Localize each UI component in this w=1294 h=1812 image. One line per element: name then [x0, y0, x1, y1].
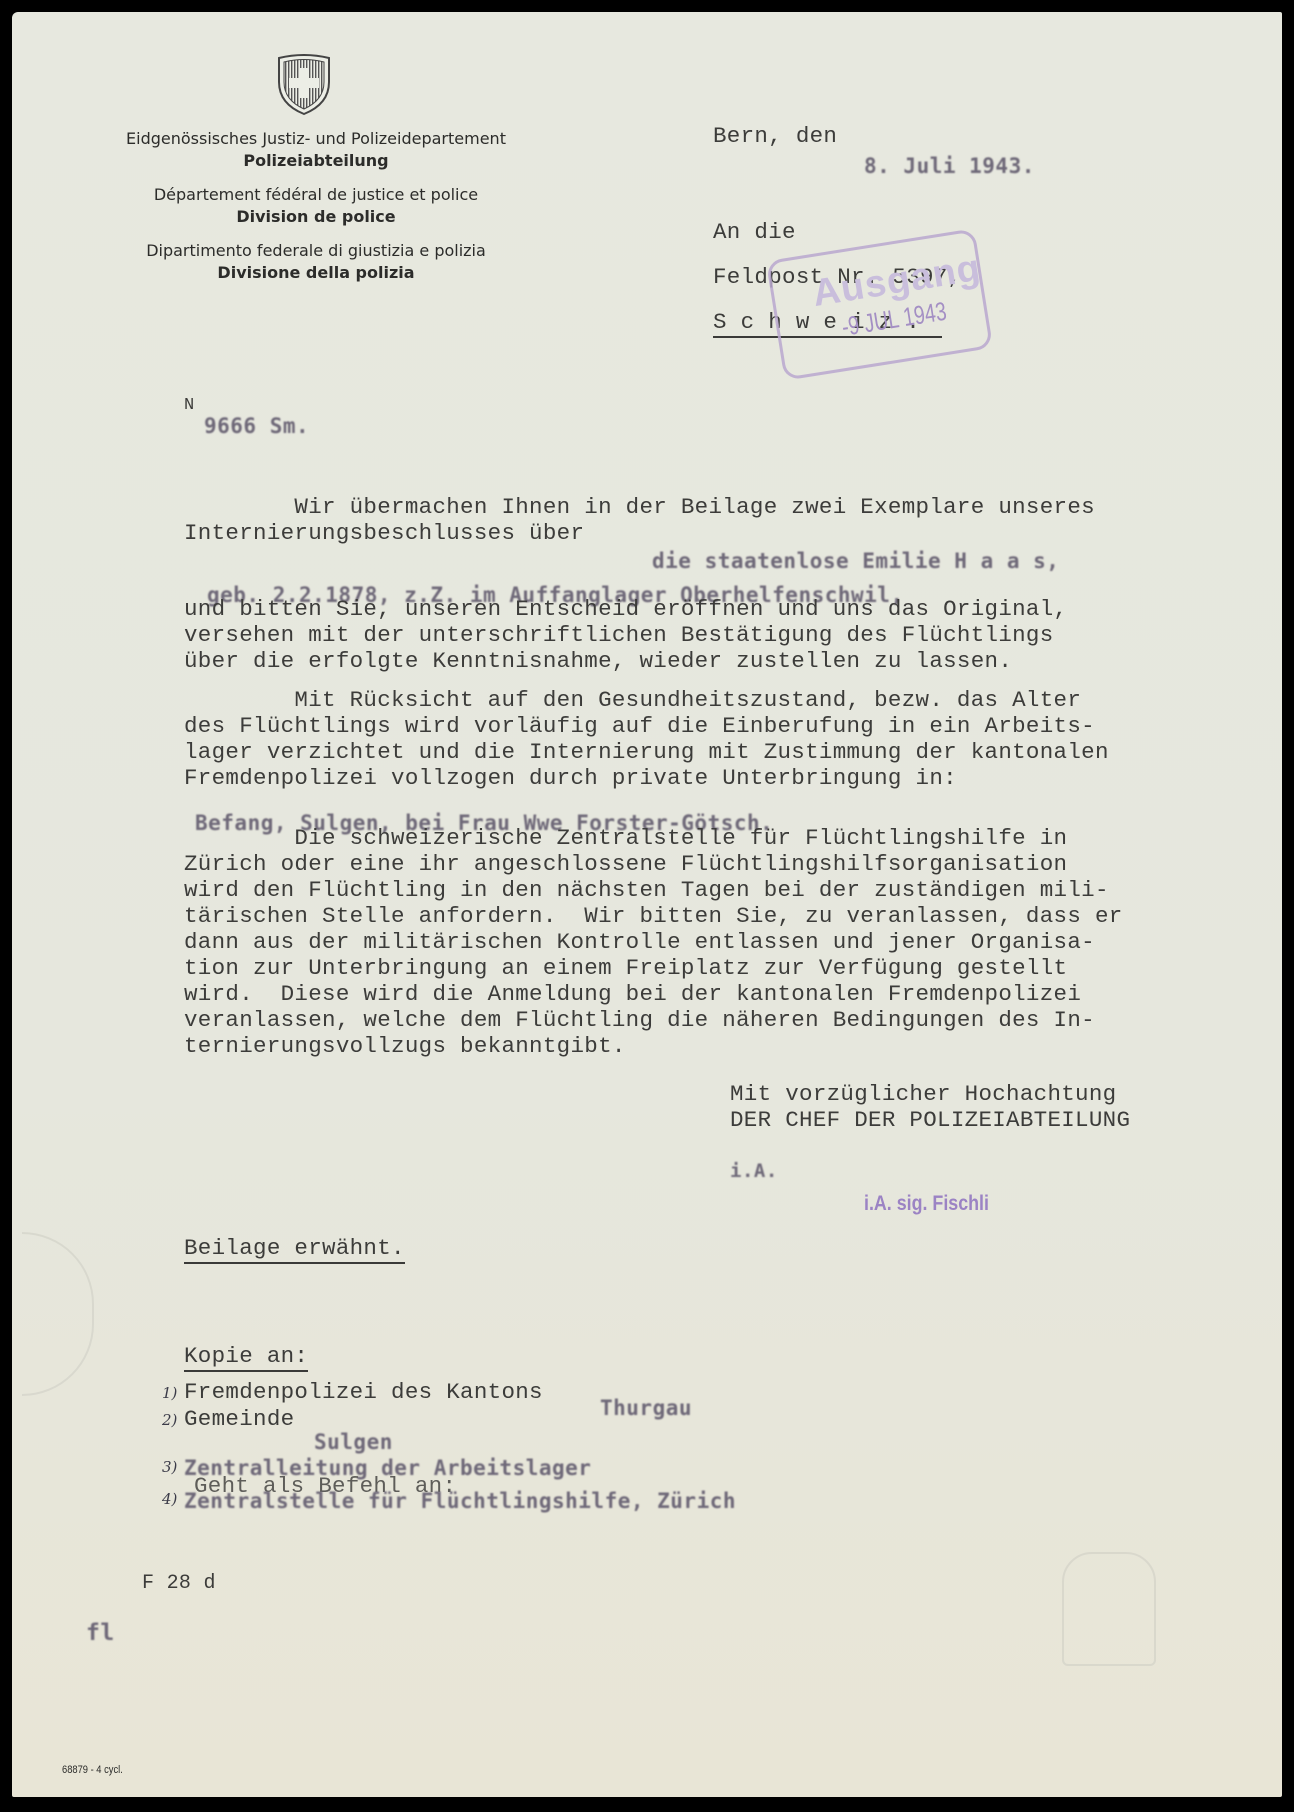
enclosure-note: Beilage erwähnt. — [184, 1234, 405, 1264]
body-p2-line4: Fremdenpolizei vollzogen durch private U… — [184, 764, 957, 792]
copy-marker-3: 3) — [162, 1458, 177, 1476]
body-p3-line9: ternierungsvollzugs bekanntgibt. — [184, 1032, 626, 1060]
body-p1-line1: Wir übermachen Ihnen in der Beilage zwei… — [184, 493, 1095, 521]
body-p3-line2: Zürich oder eine ihr angeschlossene Flüc… — [184, 850, 1067, 878]
body-p2-line2: des Flüchtlings wird vorläufig auf die E… — [184, 712, 1095, 740]
department-de: Eidgenössisches Justiz- und Polizeidepar… — [86, 128, 546, 150]
print-code: 68879 - 4 cycl. — [62, 1764, 123, 1776]
swiss-crest-icon — [276, 54, 332, 116]
signature-stamp: i.A. sig. Fischli — [864, 1192, 989, 1216]
closing-salutation: Mit vorzüglicher Hochachtung — [730, 1080, 1116, 1108]
body-p3-line7: wird. Diese wird die Anmeldung bei der k… — [184, 980, 1081, 1008]
body-p3-line4: tärischen Stelle anfordern. Wir bitten S… — [184, 902, 1123, 930]
body-p1-line4: versehen mit der unterschriftlichen Best… — [184, 621, 1054, 649]
form-code: F 28 d — [142, 1570, 216, 1598]
dateline-date: 8. Juli 1943. — [864, 154, 1035, 178]
copy-4-recipient: Zentralstelle für Flüchtlingshilfe, Züri… — [184, 1489, 736, 1513]
copy-1-canton: Thurgau — [600, 1396, 692, 1420]
copies-heading: Kopie an: — [184, 1342, 308, 1372]
reference-number: 9666 Sm. — [204, 414, 309, 438]
copy-2-text: Gemeinde — [184, 1405, 294, 1433]
copy-marker-4: 4) — [162, 1490, 177, 1508]
department-fr: Département fédéral de justice et police — [86, 184, 546, 206]
dateline-place: Bern, den — [713, 122, 837, 150]
recipient-line-1: An die — [713, 218, 796, 246]
letter-page: Eidgenössisches Justiz- und Polizeidepar… — [12, 12, 1282, 1797]
copy-2-municipality: Sulgen — [314, 1430, 393, 1454]
body-p3-line5: dann aus der militärischen Kontrolle ent… — [184, 928, 1095, 956]
reference-letter: N — [184, 392, 195, 420]
copy-marker-1: 1) — [162, 1384, 177, 1402]
body-p3-line3: wird den Flüchtling in den nächsten Tage… — [184, 876, 1109, 904]
closing-ia: i.A. — [730, 1160, 778, 1182]
body-p1-line3: und bitten Sie, unseren Entscheid eröffn… — [184, 595, 1067, 623]
body-p1-line2: Internierungsbeschlusses über — [184, 519, 584, 547]
body-p2-line3: lager verzichtet und die Internierung mi… — [184, 738, 1109, 766]
copy-marker-2: 2) — [162, 1411, 177, 1429]
body-p3-line6: tion zur Unterbringung an einem Freiplat… — [184, 954, 1067, 982]
body-p1-line5: über die erfolgte Kenntnisnahme, wieder … — [184, 647, 1012, 675]
bleed-through-circle — [22, 1232, 94, 1396]
body-p3-line8: veranlassen, welche dem Flüchtling die n… — [184, 1006, 1095, 1034]
bleed-through-shape — [1062, 1552, 1156, 1666]
closing-title: DER CHEF DER POLIZEIABTEILUNG — [730, 1106, 1130, 1134]
body-p3-line1: Die schweizerische Zentralstelle für Flü… — [184, 824, 1067, 852]
refugee-name: die staatenlose Emilie H a a s, — [652, 549, 1059, 573]
division-fr: Division de police — [86, 206, 546, 228]
copy-1-text: Fremdenpolizei des Kantons — [184, 1378, 543, 1406]
body-p2-line1: Mit Rücksicht auf den Gesundheitszustand… — [184, 686, 1081, 714]
department-it: Dipartimento federale di giustizia e pol… — [86, 240, 546, 262]
division-it: Divisione della polizia — [86, 262, 546, 284]
letterhead: Eidgenössisches Justiz- und Polizeidepar… — [86, 128, 546, 296]
division-de: Polizeiabteilung — [86, 150, 546, 172]
typist-initials: fl — [86, 1620, 115, 1646]
